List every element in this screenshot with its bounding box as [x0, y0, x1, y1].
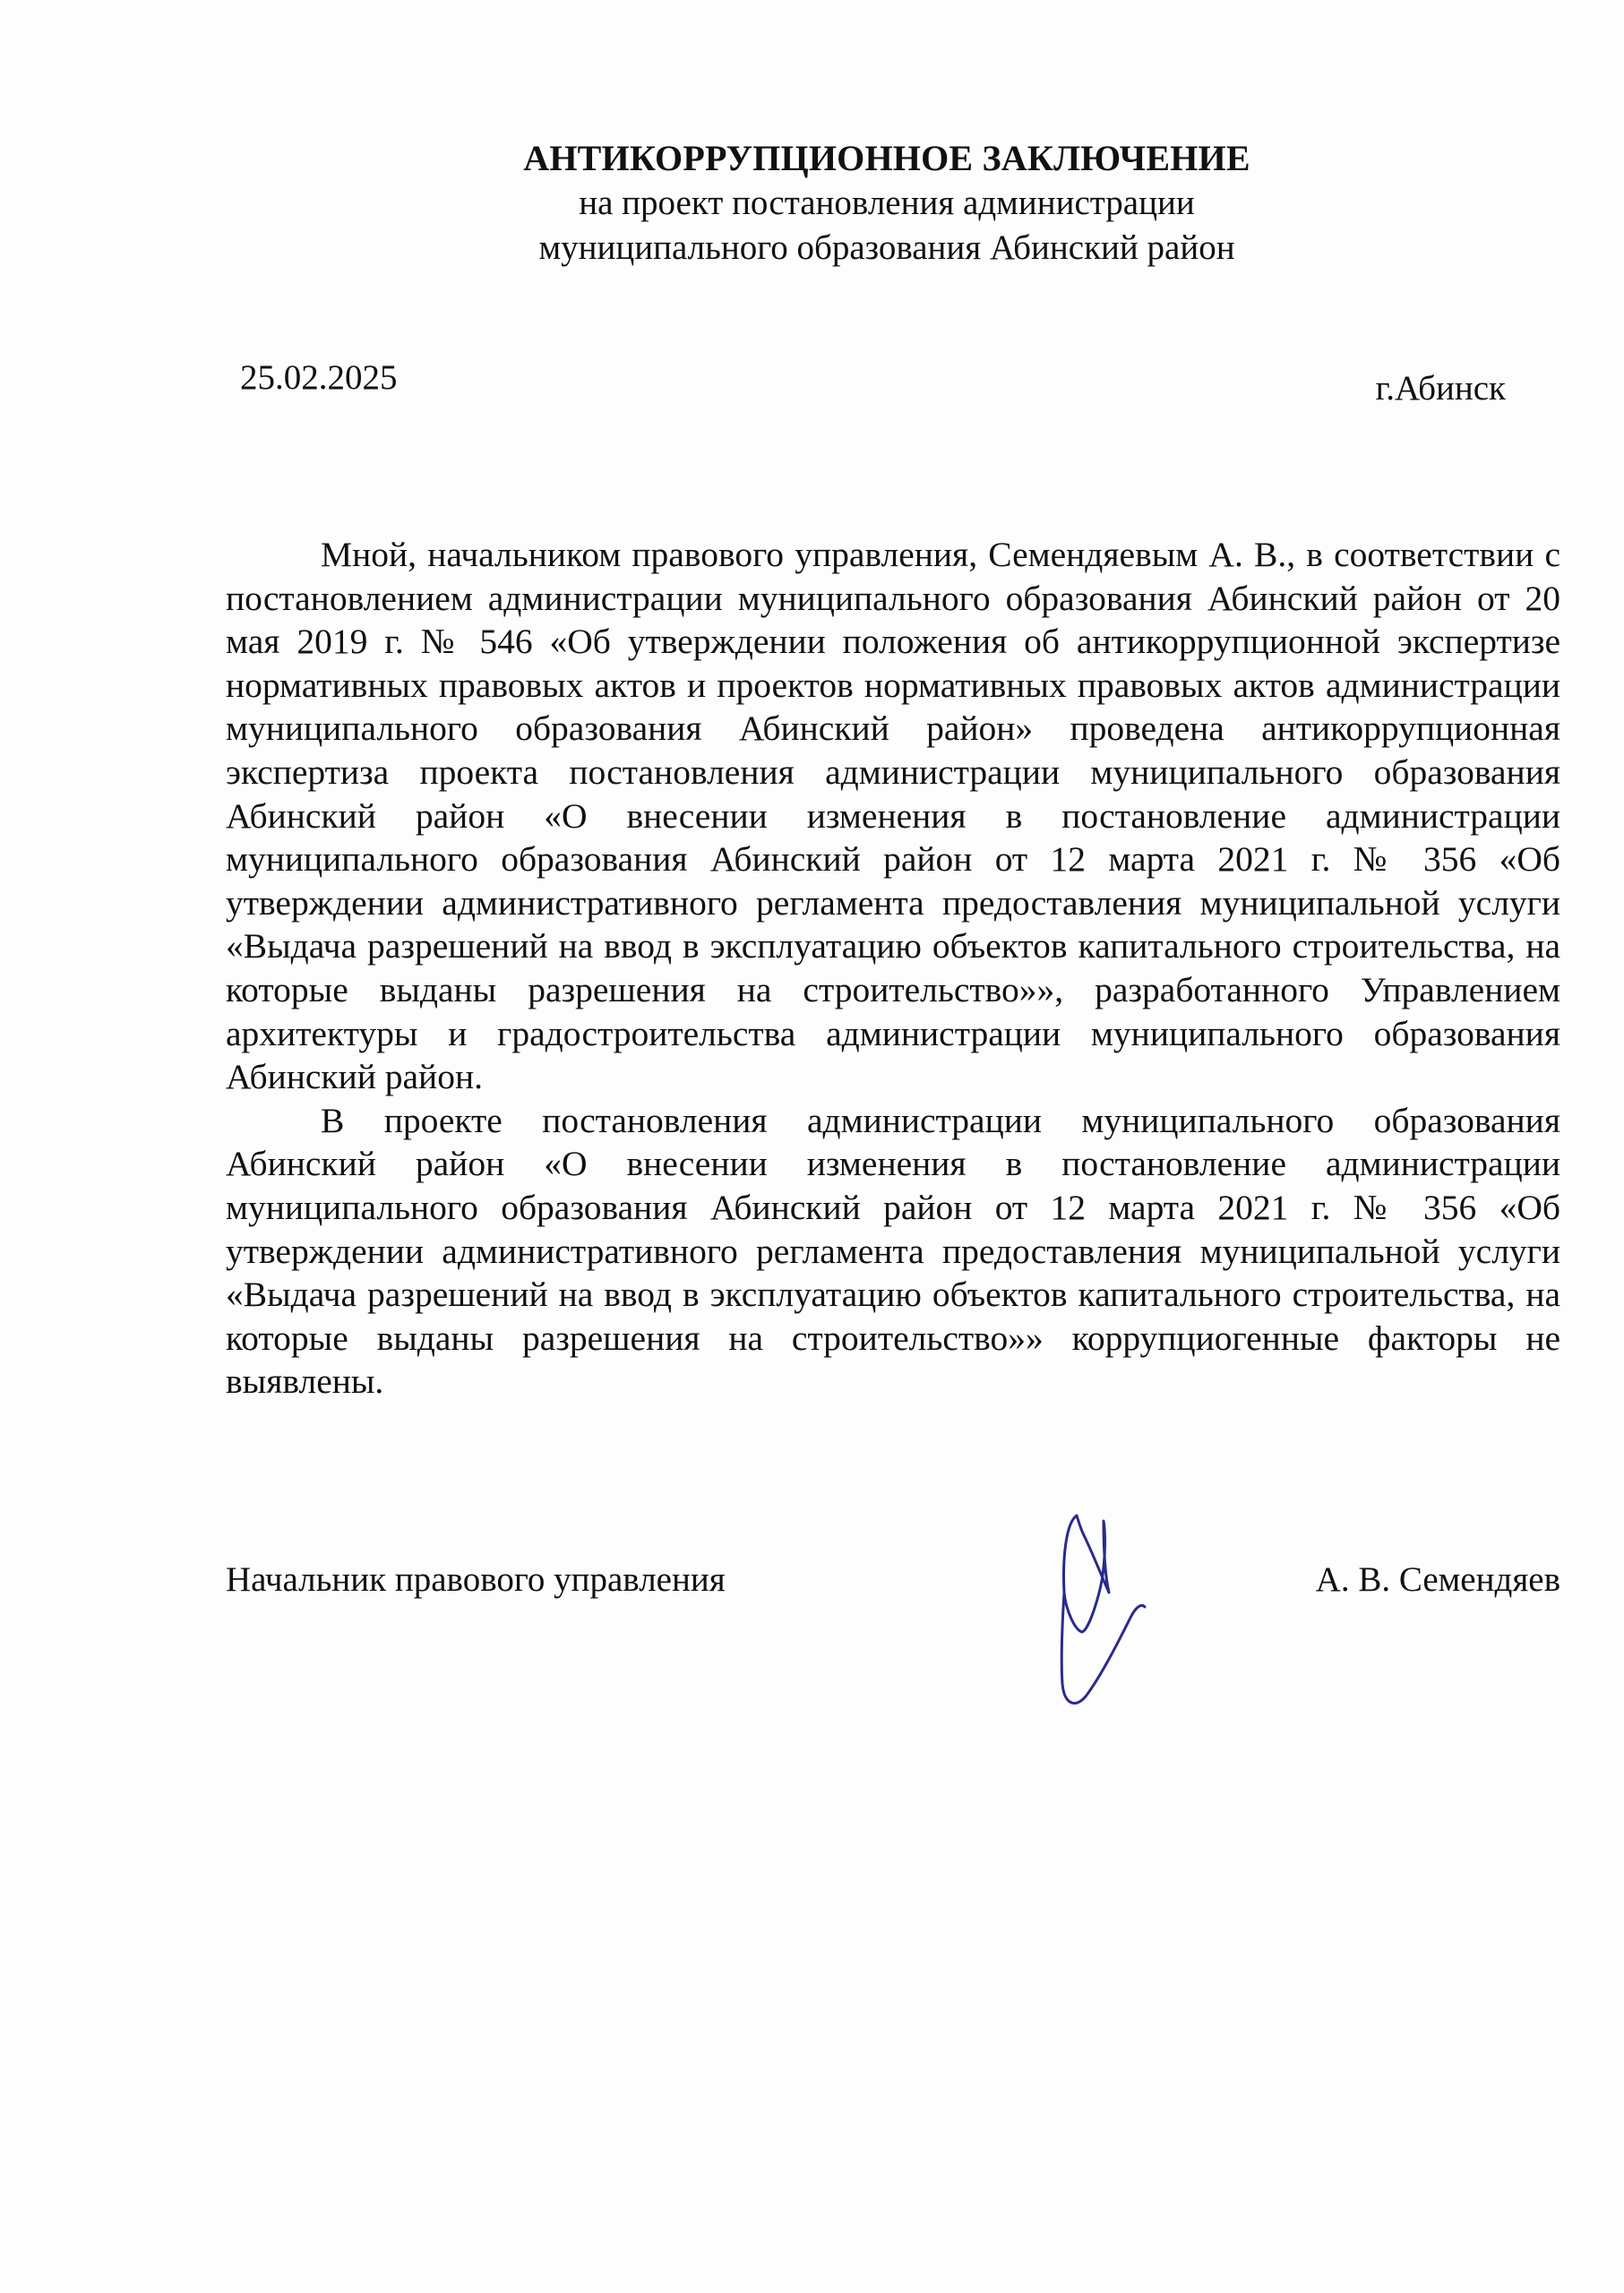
document-subtitle-line-1: на проект постановления администрации — [448, 181, 1326, 226]
body-paragraph-2: В проекте постановления администрации му… — [226, 1099, 1560, 1404]
document-page: АНТИКОРРУПЦИОННОЕ ЗАКЛЮЧЕНИЕ на проект п… — [0, 0, 1624, 2293]
document-header: АНТИКОРРУПЦИОННОЕ ЗАКЛЮЧЕНИЕ на проект п… — [448, 136, 1326, 271]
document-place: г.Абинск — [1376, 367, 1506, 410]
body-paragraph-1: Мной, начальником правового управления, … — [226, 533, 1560, 1099]
handwritten-signature-icon — [1057, 1505, 1182, 1711]
signatory-position: Начальник правового управления — [226, 1559, 726, 1602]
signatory-name: А. В. Семендяев — [1316, 1559, 1560, 1602]
document-body: Мной, начальником правового управления, … — [226, 533, 1560, 1404]
document-date: 25.02.2025 — [240, 356, 398, 399]
document-title: АНТИКОРРУПЦИОННОЕ ЗАКЛЮЧЕНИЕ — [448, 136, 1326, 181]
document-subtitle-line-2: муниципального образования Абинский райо… — [448, 226, 1326, 271]
